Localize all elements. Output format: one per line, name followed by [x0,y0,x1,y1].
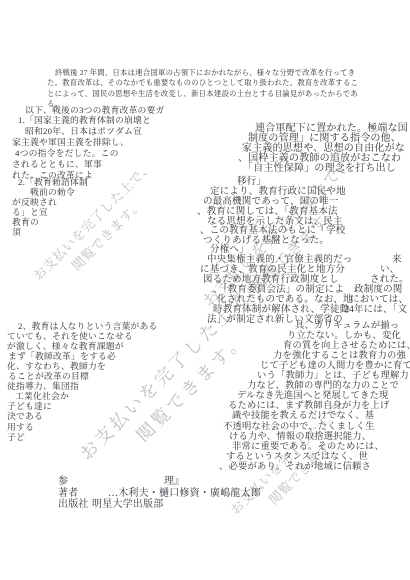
text-line-section3-right: じて子ども達の人間力を豊かに育て [260,362,410,371]
text-line-section3-left: 徒指導力、集団指 [7,382,79,391]
text-line-section3-right: 具、カリキュラムが揃っ [295,322,399,331]
text-line-section3-left: 工業化社会か [15,392,69,401]
text-line-section2-left: 教育の [12,218,39,227]
text-line-section1-left: 1.「国家主義的教育体制の崩壊と [18,116,151,125]
text-line-reference: 出版社 [58,500,89,510]
text-line-section3-right: り立たない。しかも、変化 [287,332,401,341]
text-line-section3-right: るためには、まず教師自身が力を上げ [228,402,389,411]
text-line-section3-left: まず「教師改革」をする必 [8,352,116,361]
text-line-section3-left: が激しく、様々な教育課題が [7,342,124,351]
text-line-section3-right: 育の質を向上させるためには、 [283,342,410,351]
text-line-section3-right: ける力や、情報の取捨選択能力、 [229,433,371,442]
text-line-section1-left: 以下、戦後の3つの教育改革の要ガ [25,106,165,115]
text-line-section3-right: 、必要があり、それが地域に信頼さ [219,463,371,472]
text-line-section3-right: 識や技能を教えるだけでなく、基 [232,412,374,421]
text-line-paragraph1: とによって、国民の思想や生活を改変し、新日本建設の土台とする目論見があったからで… [47,90,358,97]
text-line-section3-right: するというスタンスではなく、世 [226,453,368,462]
text-line-section1-left: 家主義や軍国主義を排除し、 [12,138,129,147]
text-line-section2-left: 須 [12,228,21,237]
text-line-section2-left: 戦前の勅令 [30,188,75,197]
text-line-section3-right: 不透明な社会の中で、たくましく生 [223,423,375,432]
text-line-section3-left: 用する [7,423,34,432]
text-layer: 終戦後 27 年間、日本は連合国軍の占領下におかれながら、様々な分野で改革を行っ… [0,0,410,580]
text-line-reference: 理』 [164,477,184,487]
text-line-section3-left: 2、教育は人なりという言葉がある [18,322,158,331]
text-line-section3-left: 子ども達に [7,402,52,411]
text-line-section3-right: 力など、教師の専門的な力のことで [247,382,399,391]
text-line-section2-right: 24年には、「文 [344,306,407,316]
text-line-section1-left: 昭和20年、日本はポツダム宣 [25,127,142,136]
text-line-paragraph1: た。教育改革は、そのなかでも重要なもののひとつとして取り扱われた。教育を改革する… [47,79,358,86]
text-line-section3-right: デルなき先進国へと発展してきた現 [237,392,389,401]
text-line-section1-right: 「自主性保障」の理念を打ち出し [243,164,396,174]
text-line-section1-left: されるとともに、軍事 [12,160,102,169]
text-line-reference: 明星大学出版部 [92,500,163,510]
text-line-section3-left: 決である [7,412,43,421]
text-line-reference: …木利夫・樋口修資・廣嶋龍太郎 [108,489,261,499]
text-line-section2-left: が反映され [12,198,57,207]
text-line-section3-right: 力を強化することは教育力の強 [273,352,406,361]
text-line-reference: 著者 [58,489,78,499]
text-line-section3-left: ていても、それを使いこなせる [7,332,133,341]
text-line-paragraph1: 終戦後 27 年間、日本は連合国軍の占領下におかれながら、様々な分野で改革を行っ… [55,69,355,76]
text-line-section2-left: る」と宣 [12,208,48,217]
text-line-section3-left: ることが改革の目標 [8,372,89,381]
text-line-section3-left: 子ど [7,433,25,442]
document-page: お支払いを完了した上で、閲覧できます。お支払いを完了した上で、閲覧できます。お支… [0,0,410,580]
text-line-section3-left: 化、すなわち、教師力を [7,362,106,371]
text-line-section3-right: いう「教師力」とは、子ども理解力 [257,372,409,381]
text-line-section2-left: 2.「教育勅語体制 [18,178,88,187]
text-line-section3-right: 非常に重要である。そのためには、 [232,443,384,452]
text-line-section1-left: 4つの指令をだした。この [15,149,119,158]
text-line-reference: 参 [58,477,68,487]
